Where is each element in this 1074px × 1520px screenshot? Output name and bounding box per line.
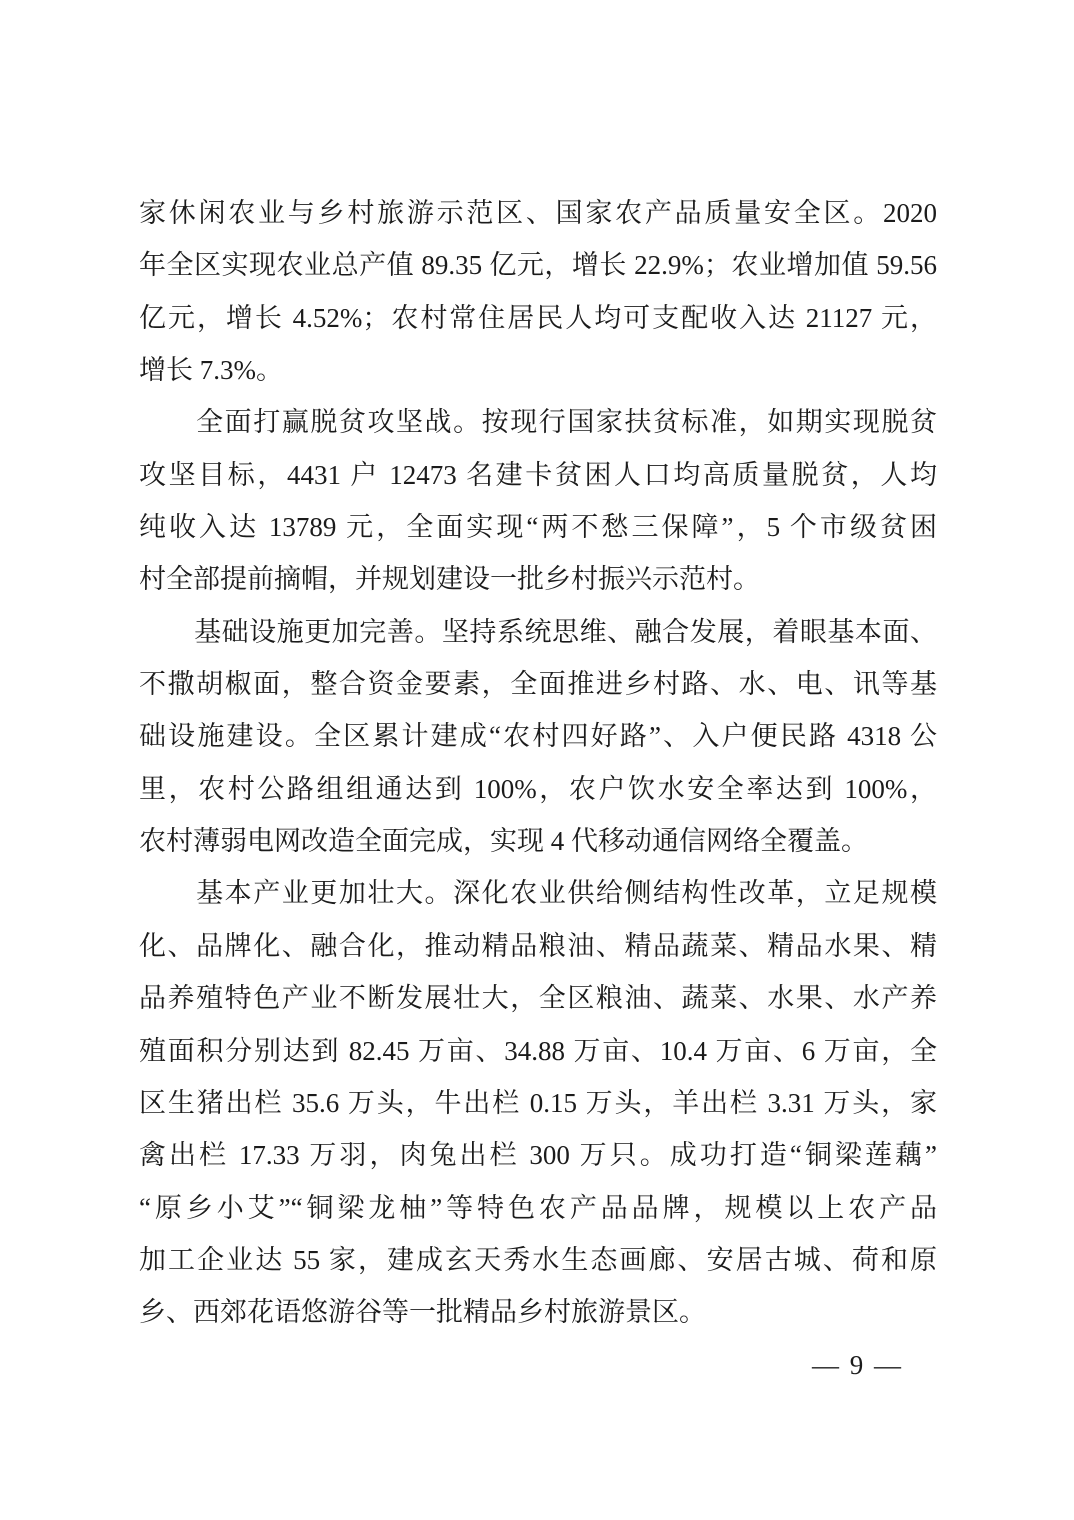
text-line: 乡、西郊花语悠游谷等一批精品乡村旅游景区。 — [139, 1286, 937, 1338]
text-line: 不撒胡椒面，整合资金要素，全面推进乡村路、水、电、讯等基 — [139, 658, 937, 710]
text-line: 化、品牌化、融合化，推动精品粮油、精品蔬菜、精品水果、精 — [139, 920, 937, 972]
text-line: 里，农村公路组组通达到 100%，农户饮水安全率达到 100%， — [139, 763, 937, 815]
text-line: 年全区实现农业总产值 89.35 亿元，增长 22.9%；农业增加值 59.56 — [139, 239, 937, 291]
text-line: 村全部提前摘帽，并规划建设一批乡村振兴示范村。 — [139, 553, 937, 605]
text-line: 区生猪出栏 35.6 万头，牛出栏 0.15 万头，羊出栏 3.31 万头，家 — [139, 1077, 937, 1129]
text-line: 纯收入达 13789 元，全面实现“两不愁三保障”，5 个市级贫困 — [139, 501, 937, 553]
document-page: 家休闲农业与乡村旅游示范区、国家农产品质量安全区。2020 年全区实现农业总产值… — [0, 0, 1074, 1520]
paragraph: 基本产业更加壮大。深化农业供给侧结构性改革，立足规模 化、品牌化、融合化，推动精… — [139, 867, 937, 1338]
text-line: 亿元，增长 4.52%；农村常住居民人均可支配收入达 21127 元， — [139, 292, 937, 344]
text-line: 全面打赢脱贫攻坚战。按现行国家扶贫标准，如期实现脱贫 — [139, 396, 937, 448]
text-line: “原乡小艾”“铜梁龙柚”等特色农产品品牌，规模以上农产品 — [139, 1182, 937, 1234]
document-text-block: 家休闲农业与乡村旅游示范区、国家农产品质量安全区。2020 年全区实现农业总产值… — [139, 187, 937, 1339]
paragraph: 家休闲农业与乡村旅游示范区、国家农产品质量安全区。2020 年全区实现农业总产值… — [139, 187, 937, 396]
text-line: 增长 7.3%。 — [139, 344, 937, 396]
paragraph: 全面打赢脱贫攻坚战。按现行国家扶贫标准，如期实现脱贫 攻坚目标，4431 户 1… — [139, 396, 937, 605]
text-line: 农村薄弱电网改造全面完成，实现 4 代移动通信网络全覆盖。 — [139, 815, 937, 867]
text-line: 品养殖特色产业不断发展壮大，全区粮油、蔬菜、水果、水产养 — [139, 972, 937, 1024]
page-number: — 9 — — [812, 1348, 903, 1382]
text-line: 加工企业达 55 家，建成玄天秀水生态画廊、安居古城、荷和原 — [139, 1234, 937, 1286]
text-line: 础设施建设。全区累计建成“农村四好路”、入户便民路 4318 公 — [139, 710, 937, 762]
text-line: 基本产业更加壮大。深化农业供给侧结构性改革，立足规模 — [139, 867, 937, 919]
text-line: 殖面积分别达到 82.45 万亩、34.88 万亩、10.4 万亩、6 万亩，全 — [139, 1025, 937, 1077]
text-line: 攻坚目标，4431 户 12473 名建卡贫困人口均高质量脱贫，人均 — [139, 449, 937, 501]
text-line: 基础设施更加完善。坚持系统思维、融合发展，着眼基本面、 — [139, 606, 937, 658]
text-line: 家休闲农业与乡村旅游示范区、国家农产品质量安全区。2020 — [139, 187, 937, 239]
text-line: 禽出栏 17.33 万羽，肉兔出栏 300 万只。成功打造“铜梁莲藕” — [139, 1129, 937, 1181]
paragraph: 基础设施更加完善。坚持系统思维、融合发展，着眼基本面、 不撒胡椒面，整合资金要素… — [139, 606, 937, 868]
